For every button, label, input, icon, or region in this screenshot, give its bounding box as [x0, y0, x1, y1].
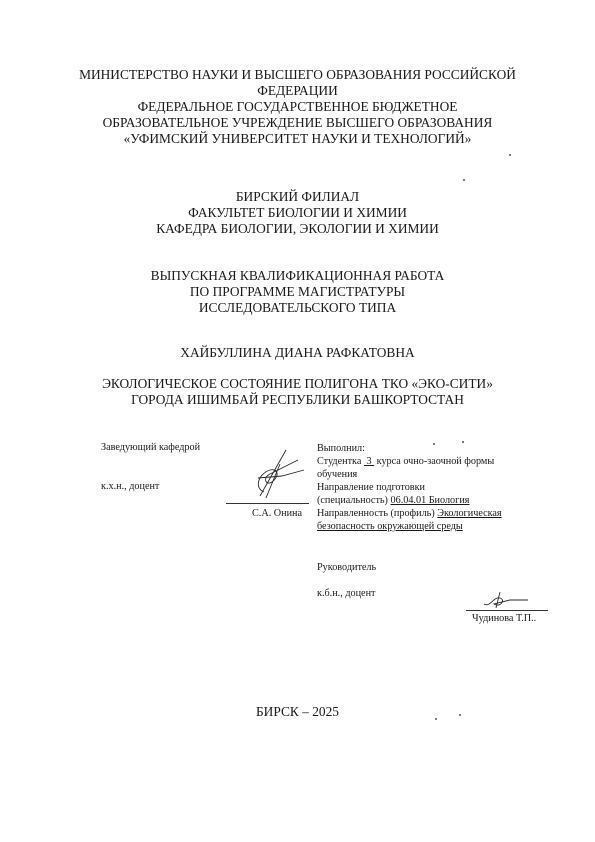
- profile-value-2: безопасность окружающей среды: [317, 520, 463, 533]
- scan-speck: [509, 154, 511, 156]
- student-prefix: Студентка: [317, 456, 361, 467]
- faculty-name: ФАКУЛЬТЕТ БИОЛОГИИ И ХИМИИ: [0, 205, 595, 221]
- branch-name: БИРСКИЙ ФИЛИАЛ: [0, 189, 595, 205]
- profile-line: Направленность (профиль) Экологическая: [317, 507, 502, 520]
- specialty-label: (специальность): [317, 495, 388, 506]
- performer-label: Выполнил:: [317, 442, 365, 455]
- head-name: С.А. Онина: [252, 507, 302, 520]
- supervisor-degree: к.б.н., доцент: [317, 587, 375, 600]
- specialty-value: 06.04.01 Биология: [391, 495, 470, 506]
- supervisor-signature-line: [466, 610, 548, 611]
- direction-label: Направление подготовки: [317, 481, 425, 494]
- scan-speck: [459, 714, 461, 716]
- head-role: Заведующий кафедрой: [101, 441, 200, 454]
- scan-speck: [433, 443, 435, 445]
- study-form-line-2: обучения: [317, 468, 357, 481]
- supervisor-name: Чудинова Т.П..: [472, 612, 536, 625]
- student-suffix: курса очно-заочной формы: [377, 456, 495, 467]
- specialty-line: (специальность) 06.04.01 Биология: [317, 494, 469, 507]
- course-number: 3: [364, 456, 374, 467]
- scan-speck: [462, 441, 464, 443]
- ministry-line-2: ФЕДЕРАЦИИ: [0, 83, 595, 99]
- ministry-line-1: МИНИСТЕРСТВО НАУКИ И ВЫСШЕГО ОБРАЗОВАНИЯ…: [0, 67, 595, 83]
- supervisor-signature-icon: [480, 590, 530, 610]
- supervisor-role: Руководитель: [317, 561, 376, 574]
- scan-speck: [435, 718, 437, 720]
- work-type-line-3: ИССЛЕДОВАТЕЛЬСКОГО ТИПА: [0, 300, 595, 316]
- institution-line-2: ОБРАЗОВАТЕЛЬНОЕ УЧРЕЖДЕНИЕ ВЫСШЕГО ОБРАЗ…: [0, 115, 595, 131]
- city-year: БИРСК – 2025: [0, 704, 595, 720]
- student-course-line: Студентка 3 курса очно-заочной формы: [317, 455, 494, 468]
- scan-speck: [463, 179, 465, 181]
- author-name: ХАЙБУЛЛИНА ДИАНА РАФКАТОВНА: [0, 345, 595, 361]
- profile-label: Направленность (профиль): [317, 508, 435, 519]
- institution-line-1: ФЕДЕРАЛЬНОЕ ГОСУДАРСТВЕННОЕ БЮДЖЕТНОЕ: [0, 99, 595, 115]
- head-signature-icon: [240, 448, 310, 506]
- work-type-line-2: ПО ПРОГРАММЕ МАГИСТРАТУРЫ: [0, 284, 595, 300]
- work-type-line-1: ВЫПУСКНАЯ КВАЛИФИКАЦИОННАЯ РАБОТА: [0, 268, 595, 284]
- department-name: КАФЕДРА БИОЛОГИИ, ЭКОЛОГИИ И ХИМИИ: [0, 221, 595, 237]
- university-name: «УФИМСКИЙ УНИВЕРСИТЕТ НАУКИ И ТЕХНОЛОГИЙ…: [0, 131, 595, 147]
- head-degree: к.х.н., доцент: [101, 480, 159, 493]
- thesis-title-line-2: ГОРОДА ИШИМБАЙ РЕСПУБЛИКИ БАШКОРТОСТАН: [0, 392, 595, 408]
- thesis-title-line-1: ЭКОЛОГИЧЕСКОЕ СОСТОЯНИЕ ПОЛИГОНА ТКО «ЭК…: [0, 376, 595, 392]
- profile-value-1: Экологическая: [437, 508, 501, 519]
